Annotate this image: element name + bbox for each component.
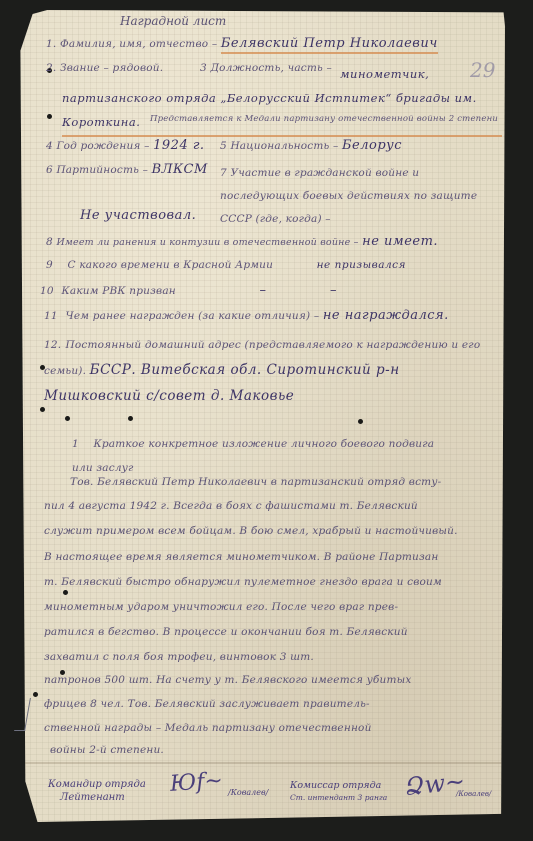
field-wounds: 8 Имеет ли ранения и контузии в отечеств…	[46, 234, 438, 249]
commissar-rank: Ст. интендант 3 ранга	[290, 792, 387, 804]
margin-annotation: 29	[470, 58, 495, 82]
narrative-line: служит примером всем бойцам. В бою смел,…	[44, 525, 458, 537]
punch-hole	[65, 416, 70, 421]
field-label: Фамилия, имя, отчество –	[60, 38, 217, 50]
field-value: ВЛКСМ	[152, 162, 208, 177]
field-number: 9	[46, 259, 64, 271]
field-nationality: 5 Национальность – Белорус	[220, 138, 402, 153]
field-value-dash: –	[330, 283, 337, 298]
narrative-line: В настоящее время является минометчиком.…	[44, 551, 439, 563]
narrative-line: фрицев 8 чел. Тов. Белявский заслуживает…	[44, 698, 370, 710]
commissar-title: Комиссар отряда Ст. интендант 3 ранга	[290, 780, 387, 804]
narrative-line: патронов 500 шт. На счету у т. Белявског…	[44, 674, 412, 686]
field-party: 6 Партийность – ВЛКСМ	[46, 162, 208, 177]
section-heading-text: Краткое конкретное изложение личного бое…	[72, 438, 434, 474]
field-value: не имеет.	[362, 234, 438, 249]
field-label: Каким РВК призван	[62, 285, 176, 297]
punch-hole	[63, 590, 68, 595]
field-number: 10	[40, 285, 58, 297]
field-number: 5	[220, 140, 227, 152]
field-value: не призывался	[317, 259, 406, 271]
field-civil-war: 7 Участие в гражданской войне и последую…	[220, 162, 490, 231]
field-value: БССР. Витебская обл. Сиротинский р-н Миш…	[44, 362, 400, 404]
punch-hole	[47, 114, 52, 119]
field-label: Партийность –	[56, 164, 148, 176]
field-value: 1924 г.	[153, 138, 204, 153]
field-value: Белявский Петр Николаевич	[221, 36, 438, 54]
field-label: С какого времени в Красной Армии	[68, 259, 274, 271]
field-value: –	[259, 283, 266, 298]
field-position-value: минометчик, партизанского отряда „Белору…	[62, 62, 502, 137]
narrative-line: захватил с поля боя трофеи, винтовок 3 ш…	[44, 651, 314, 663]
field-label: Год рождения –	[56, 140, 149, 152]
commander-name: /Ковалев/	[228, 788, 268, 797]
field-full-name: 1. Фамилия, имя, отчество – Белявский Пе…	[46, 36, 438, 51]
field-army-since: 9 С какого времени в Красной Армии не пр…	[46, 259, 406, 271]
commissar-name: /Ковалев/	[456, 790, 491, 798]
commander-label: Командир отряда	[48, 778, 146, 791]
award-recommendation: Представляется к Медали партизану отечес…	[150, 114, 498, 124]
narrative-line: минометным ударом уничтожил его. После ч…	[44, 601, 398, 613]
punch-hole	[33, 692, 38, 697]
field-previous-awards: 11 Чем ранее награжден (за какие отличия…	[44, 308, 449, 323]
section-number: 1	[72, 432, 90, 456]
paper-fold-line	[18, 762, 506, 764]
field-label: Имеет ли ранения и контузии в отечествен…	[56, 237, 358, 248]
narrative-line: ственной награды – Медаль партизану отеч…	[44, 722, 372, 734]
field-rvk: 10 Каким РВК призван – –	[40, 283, 337, 298]
field-birth-year: 4 Год рождения – 1924 г.	[46, 138, 205, 153]
field-home-address: 12. Постоянный домашний адрес (представл…	[44, 333, 484, 409]
narrative-line: войны 2-й степени.	[50, 744, 164, 756]
field-number: 12.	[44, 333, 62, 357]
commander-rank: Лейтенант	[48, 791, 146, 804]
commissar-label: Комиссар отряда	[290, 780, 387, 792]
document-title: Наградной лист	[120, 14, 226, 28]
narrative-heading: 1 Краткое конкретное изложение личного б…	[72, 432, 452, 480]
field-number: 1.	[46, 38, 56, 50]
field-label: Чем ранее награжден (за какие отличия) –	[66, 310, 320, 322]
field-number: 4	[46, 140, 53, 152]
field-value: не награждался.	[323, 308, 449, 323]
commander-title: Командир отряда Лейтенант	[48, 778, 146, 804]
field-number: 8	[46, 236, 53, 248]
punch-hole	[128, 416, 133, 421]
commander-signature: Юf~	[169, 768, 223, 797]
field-number: 7	[220, 167, 227, 179]
field-number: 6	[46, 164, 53, 176]
field-label: Национальность –	[230, 140, 338, 152]
narrative-line: т. Белявский быстро обнаружил пулеметное…	[44, 576, 442, 588]
field-value: Белорус	[342, 138, 402, 153]
field-number: 2.	[46, 62, 56, 74]
field-civil-war-value: Не участвовал.	[80, 208, 196, 223]
punch-hole	[358, 419, 363, 424]
narrative-line: Тов. Белявский Петр Николаевич в партиза…	[70, 476, 441, 488]
field-number: 11	[44, 310, 62, 322]
field-label: Участие в гражданской войне и последующи…	[220, 167, 477, 225]
narrative-line: ратился в бегство. В процессе и окончани…	[44, 626, 408, 638]
narrative-line: пил 4 августа 1942 г. Всегда в боях с фа…	[44, 500, 418, 512]
